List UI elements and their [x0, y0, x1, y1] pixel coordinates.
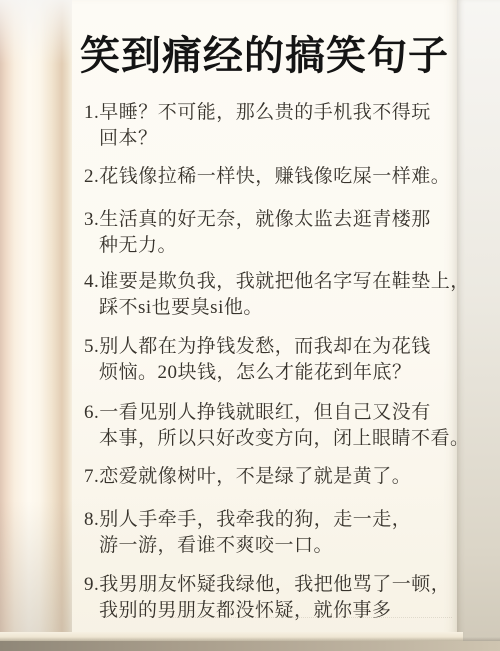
page-content: 笑到痛经的搞笑句子 1.早睡？不可能，那么贵的手机我不得玩 回本？ 2.花钱像拉… [0, 0, 500, 651]
list-item: 9.我男朋友怀疑我绿他，我把他骂了一顿， 我别的男朋友都没怀疑，就你事多 [84, 572, 458, 623]
list-item: 1.早睡？不可能，那么贵的手机我不得玩 回本？ [84, 100, 458, 151]
list-item: 7.恋爱就像树叶，不是绿了就是黄了。 [84, 464, 458, 490]
list-item-line: 我别的男朋友都没怀疑，就你事多 [84, 598, 458, 624]
list-item: 2.花钱像拉稀一样快，赚钱像吃屎一样难。 [84, 164, 458, 190]
list-item-line: 烦恼。20块钱，怎么才能花到年底？ [84, 360, 458, 386]
book-photo: 笑到痛经的搞笑句子 1.早睡？不可能，那么贵的手机我不得玩 回本？ 2.花钱像拉… [0, 0, 500, 651]
list-item-line: 回本？ [84, 126, 458, 152]
list-item: 6.一看见别人挣钱就眼红，但自己又没有 本事，所以只好改变方向，闭上眼睛不看。 [84, 400, 458, 451]
list-item-line: 游一游，看谁不爽咬一口。 [84, 533, 458, 559]
list-item-line: 4.谁要是欺负我，我就把他名字写在鞋垫上， [84, 269, 458, 295]
list-item-line: 3.生活真的好无奈，就像太监去逛青楼那 [84, 207, 458, 233]
list-item-line: 1.早睡？不可能，那么贵的手机我不得玩 [84, 100, 458, 126]
list-item-line: 7.恋爱就像树叶，不是绿了就是黄了。 [84, 464, 458, 490]
faint-perforation-line [170, 617, 452, 618]
list-item-line: 6.一看见别人挣钱就眼红，但自己又没有 [84, 400, 458, 426]
list-item: 5.别人都在为挣钱发愁，而我却在为花钱 烦恼。20块钱，怎么才能花到年底？ [84, 334, 458, 385]
list-item-line: 踩不si也要臭si他。 [84, 295, 458, 321]
list-item: 3.生活真的好无奈，就像太监去逛青楼那 种无力。 [84, 207, 458, 258]
list-item-line: 5.别人都在为挣钱发愁，而我却在为花钱 [84, 334, 458, 360]
list-item-line: 8.别人手牵手，我牵我的狗，走一走， [84, 507, 458, 533]
list-item-line: 种无力。 [84, 233, 458, 259]
list-item-line: 本事，所以只好改变方向，闭上眼睛不看。 [84, 426, 458, 452]
list-item: 4.谁要是欺负我，我就把他名字写在鞋垫上， 踩不si也要臭si他。 [84, 269, 458, 320]
page-title: 笑到痛经的搞笑句子 [72, 30, 457, 82]
list-item: 8.别人手牵手，我牵我的狗，走一走， 游一游，看谁不爽咬一口。 [84, 507, 458, 558]
list-item-line: 9.我男朋友怀疑我绿他，我把他骂了一顿， [84, 572, 458, 598]
list-item-line: 2.花钱像拉稀一样快，赚钱像吃屎一样难。 [84, 164, 458, 190]
